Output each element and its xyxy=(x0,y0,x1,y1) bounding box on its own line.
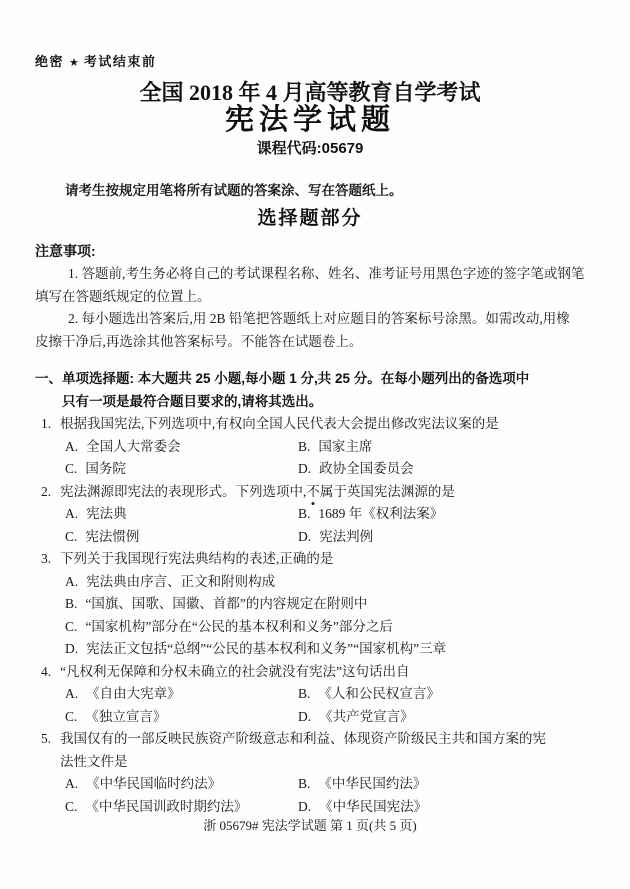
notice-item-1-line-2: 填写在答题纸规定的位置上。 xyxy=(35,286,585,309)
option-letter: B. xyxy=(298,436,310,459)
option-text: 国务院 xyxy=(85,461,126,476)
secrecy-label: 绝密 xyxy=(35,54,64,69)
option-d: D.宪法正文包括“总纲”“公民的基本权利和义务”“国家机构”三章 xyxy=(65,641,446,656)
course-code: 课程代码:05679 xyxy=(35,140,585,158)
exam-title: 全国 2018 年 4 月高等教育自学考试 xyxy=(35,80,585,105)
option-text: 宪法判例 xyxy=(319,529,373,544)
question-number: 3. xyxy=(41,548,60,571)
option-d: D.《中华民国宪法》 xyxy=(298,796,427,819)
option-text: 《共产党宣言》 xyxy=(319,709,414,724)
question-2-stem: 2.宪法渊源即宪法的表现形式。下列选项中,不属于英国宪法渊源的是 xyxy=(35,481,585,504)
option-text: 《人和公民权宣言》 xyxy=(318,686,440,701)
option-a: A.宪法典 xyxy=(65,506,127,521)
footer-pagination: 浙 05679# 宪法学试题 第 1 页(共 5 页) xyxy=(35,817,585,835)
secrecy-banner: 绝密★考试结束前 xyxy=(35,54,585,71)
option-text: 全国人大常委会 xyxy=(86,439,181,454)
option-letter: A. xyxy=(65,773,78,796)
option-b: B.1689 年《权利法案》 xyxy=(298,503,443,526)
star-icon: ★ xyxy=(69,57,79,69)
option-b: B.“国旗、国歌、国徽、首都”的内容规定在附则中 xyxy=(65,596,367,611)
option-letter: D. xyxy=(298,526,311,549)
option-text: 宪法典由序言、正文和附则构成 xyxy=(86,574,275,589)
subject-title: 宪法学试题 xyxy=(35,106,585,135)
stem-pre: 宪法渊源即宪法的表现形式。下列选项中, xyxy=(60,484,306,499)
option-letter: D. xyxy=(298,458,311,481)
question-stem-text: “凡权利无保障和分权未确立的社会就没有宪法”这句话出自 xyxy=(60,664,409,679)
question-stem-text: 我国仅有的一部反映民族资产阶级意志和利益、体现资产阶级民主共和国方案的宪 xyxy=(60,731,546,746)
option-text: 宪法正文包括“总纲”“公民的基本权利和义务”“国家机构”三章 xyxy=(86,641,446,656)
question-5-stem-line-1: 5.我国仅有的一部反映民族资产阶级意志和利益、体现资产阶级民主共和国方案的宪 xyxy=(35,728,585,751)
section-title: 选择题部分 xyxy=(35,207,585,231)
option-text: “国家机构”部分在“公民的基本权利和义务”部分之后 xyxy=(85,619,392,634)
option-letter: D. xyxy=(65,638,78,661)
notice-item-2-line-2: 皮擦干净后,再选涂其他答案标号。不能答在试题卷上。 xyxy=(35,331,585,354)
question-3-option-d: D.宪法正文包括“总纲”“公民的基本权利和义务”“国家机构”三章 xyxy=(35,638,585,661)
question-2-options-ab: A.宪法典 B.1689 年《权利法案》 xyxy=(35,503,585,526)
part-one-heading-line-1: 一、单项选择题: 本大题共 25 小题,每小题 1 分,共 25 分。在每小题列… xyxy=(35,368,585,391)
option-letter: C. xyxy=(65,706,77,729)
option-letter: B. xyxy=(298,683,310,706)
option-text: 《独立宣言》 xyxy=(85,709,166,724)
option-c: C.《中华民国训政时期约法》 xyxy=(65,799,247,814)
option-a: A.宪法典由序言、正文和附则构成 xyxy=(65,574,275,589)
option-letter: A. xyxy=(65,683,78,706)
option-text: 《中华民国训政时期约法》 xyxy=(85,799,247,814)
option-b: B.国家主席 xyxy=(298,436,372,459)
notice-list: 1. 答题前,考生务必将自己的考试课程名称、姓名、准考证号用黑色字迹的签字笔或钢… xyxy=(35,263,585,353)
option-text: 政协全国委员会 xyxy=(319,461,414,476)
exam-paper-page: 绝密★考试结束前 全国 2018 年 4 月高等教育自学考试 宪法学试题 课程代… xyxy=(0,0,630,889)
question-3-option-b: B.“国旗、国歌、国徽、首都”的内容规定在附则中 xyxy=(35,593,585,616)
timing-note: 考试结束前 xyxy=(84,54,157,69)
notice-item-1-line-1: 1. 答题前,考生务必将自己的考试课程名称、姓名、准考证号用黑色字迹的签字笔或钢… xyxy=(35,263,585,286)
option-a: A.全国人大常委会 xyxy=(65,439,181,454)
option-a: A.《中华民国临时约法》 xyxy=(65,776,221,791)
question-number: 4. xyxy=(41,661,60,684)
option-d: D.《共产党宣言》 xyxy=(298,706,414,729)
option-text: 宪法典 xyxy=(86,506,127,521)
option-c: C.“国家机构”部分在“公民的基本权利和义务”部分之后 xyxy=(65,619,393,634)
question-stem-text: 下列关于我国现行宪法典结构的表述,正确的是 xyxy=(60,551,333,566)
option-letter: B. xyxy=(298,503,310,526)
option-letter: A. xyxy=(65,503,78,526)
option-text: 《中华民国宪法》 xyxy=(319,799,427,814)
question-number: 2. xyxy=(41,481,60,504)
page-content: 绝密★考试结束前 全国 2018 年 4 月高等教育自学考试 宪法学试题 课程代… xyxy=(35,0,585,818)
option-letter: C. xyxy=(65,526,77,549)
notice-item-2-line-1: 2. 每小题选出答案后,用 2B 铅笔把答题纸上对应题目的答案标号涂黑。如需改动… xyxy=(35,308,585,331)
option-letter: B. xyxy=(65,593,77,616)
question-2-options-cd: C.宪法惯例 D.宪法判例 xyxy=(35,526,585,549)
question-1-options-ab: A.全国人大常委会 B.国家主席 xyxy=(35,436,585,459)
question-number: 1. xyxy=(41,413,60,436)
pen-instruction: 请考生按规定用笔将所有试题的答案涂、写在答题纸上。 xyxy=(35,181,585,200)
question-5-options-cd: C.《中华民国训政时期约法》 D.《中华民国宪法》 xyxy=(35,796,585,819)
question-4-stem: 4.“凡权利无保障和分权未确立的社会就没有宪法”这句话出自 xyxy=(35,661,585,684)
option-letter: A. xyxy=(65,571,78,594)
emphasized-char: 不 xyxy=(306,481,320,504)
option-text: 《中华民国临时约法》 xyxy=(86,776,221,791)
option-text: “国旗、国歌、国徽、首都”的内容规定在附则中 xyxy=(85,596,367,611)
option-d: D.宪法判例 xyxy=(298,526,373,549)
option-c: C.国务院 xyxy=(65,461,126,476)
question-4-options-cd: C.《独立宣言》 D.《共产党宣言》 xyxy=(35,706,585,729)
option-text: 《中华民国约法》 xyxy=(318,776,426,791)
option-text: 《自由大宪章》 xyxy=(86,686,181,701)
option-c: C.宪法惯例 xyxy=(65,529,139,544)
part-one-heading-line-2: 只有一项是最符合题目要求的,请将其选出。 xyxy=(35,391,585,414)
option-letter: C. xyxy=(65,458,77,481)
question-stem-text: 根据我国宪法,下列选项中,有权向全国人民代表大会提出修改宪法议案的是 xyxy=(60,416,499,431)
question-number: 5. xyxy=(41,728,60,751)
question-1-stem: 1.根据我国宪法,下列选项中,有权向全国人民代表大会提出修改宪法议案的是 xyxy=(35,413,585,436)
option-a: A.《自由大宪章》 xyxy=(65,686,181,701)
question-5-stem-line-2: 法性文件是 xyxy=(35,751,585,774)
question-3-option-c: C.“国家机构”部分在“公民的基本权利和义务”部分之后 xyxy=(35,616,585,639)
option-text: 宪法惯例 xyxy=(85,529,139,544)
stem-post: 属于英国宪法渊源的是 xyxy=(320,484,455,499)
option-letter: B. xyxy=(298,773,310,796)
option-letter: D. xyxy=(298,706,311,729)
question-1-options-cd: C.国务院 D.政协全国委员会 xyxy=(35,458,585,481)
option-letter: C. xyxy=(65,616,77,639)
option-b: B.《人和公民权宣言》 xyxy=(298,683,440,706)
option-text: 1689 年《权利法案》 xyxy=(318,506,443,521)
question-5-options-ab: A.《中华民国临时约法》 B.《中华民国约法》 xyxy=(35,773,585,796)
question-3-option-a: A.宪法典由序言、正文和附则构成 xyxy=(35,571,585,594)
option-letter: D. xyxy=(298,796,311,819)
notice-heading: 注意事项: xyxy=(35,242,585,261)
option-text: 国家主席 xyxy=(318,439,372,454)
option-c: C.《独立宣言》 xyxy=(65,709,166,724)
option-b: B.《中华民国约法》 xyxy=(298,773,426,796)
option-letter: A. xyxy=(65,436,78,459)
question-3-stem: 3.下列关于我国现行宪法典结构的表述,正确的是 xyxy=(35,548,585,571)
question-4-options-ab: A.《自由大宪章》 B.《人和公民权宣言》 xyxy=(35,683,585,706)
question-stem-text: 宪法渊源即宪法的表现形式。下列选项中,不属于英国宪法渊源的是 xyxy=(60,484,455,499)
option-d: D.政协全国委员会 xyxy=(298,458,414,481)
multiple-choice-section: 一、单项选择题: 本大题共 25 小题,每小题 1 分,共 25 分。在每小题列… xyxy=(35,368,585,818)
option-letter: C. xyxy=(65,796,77,819)
